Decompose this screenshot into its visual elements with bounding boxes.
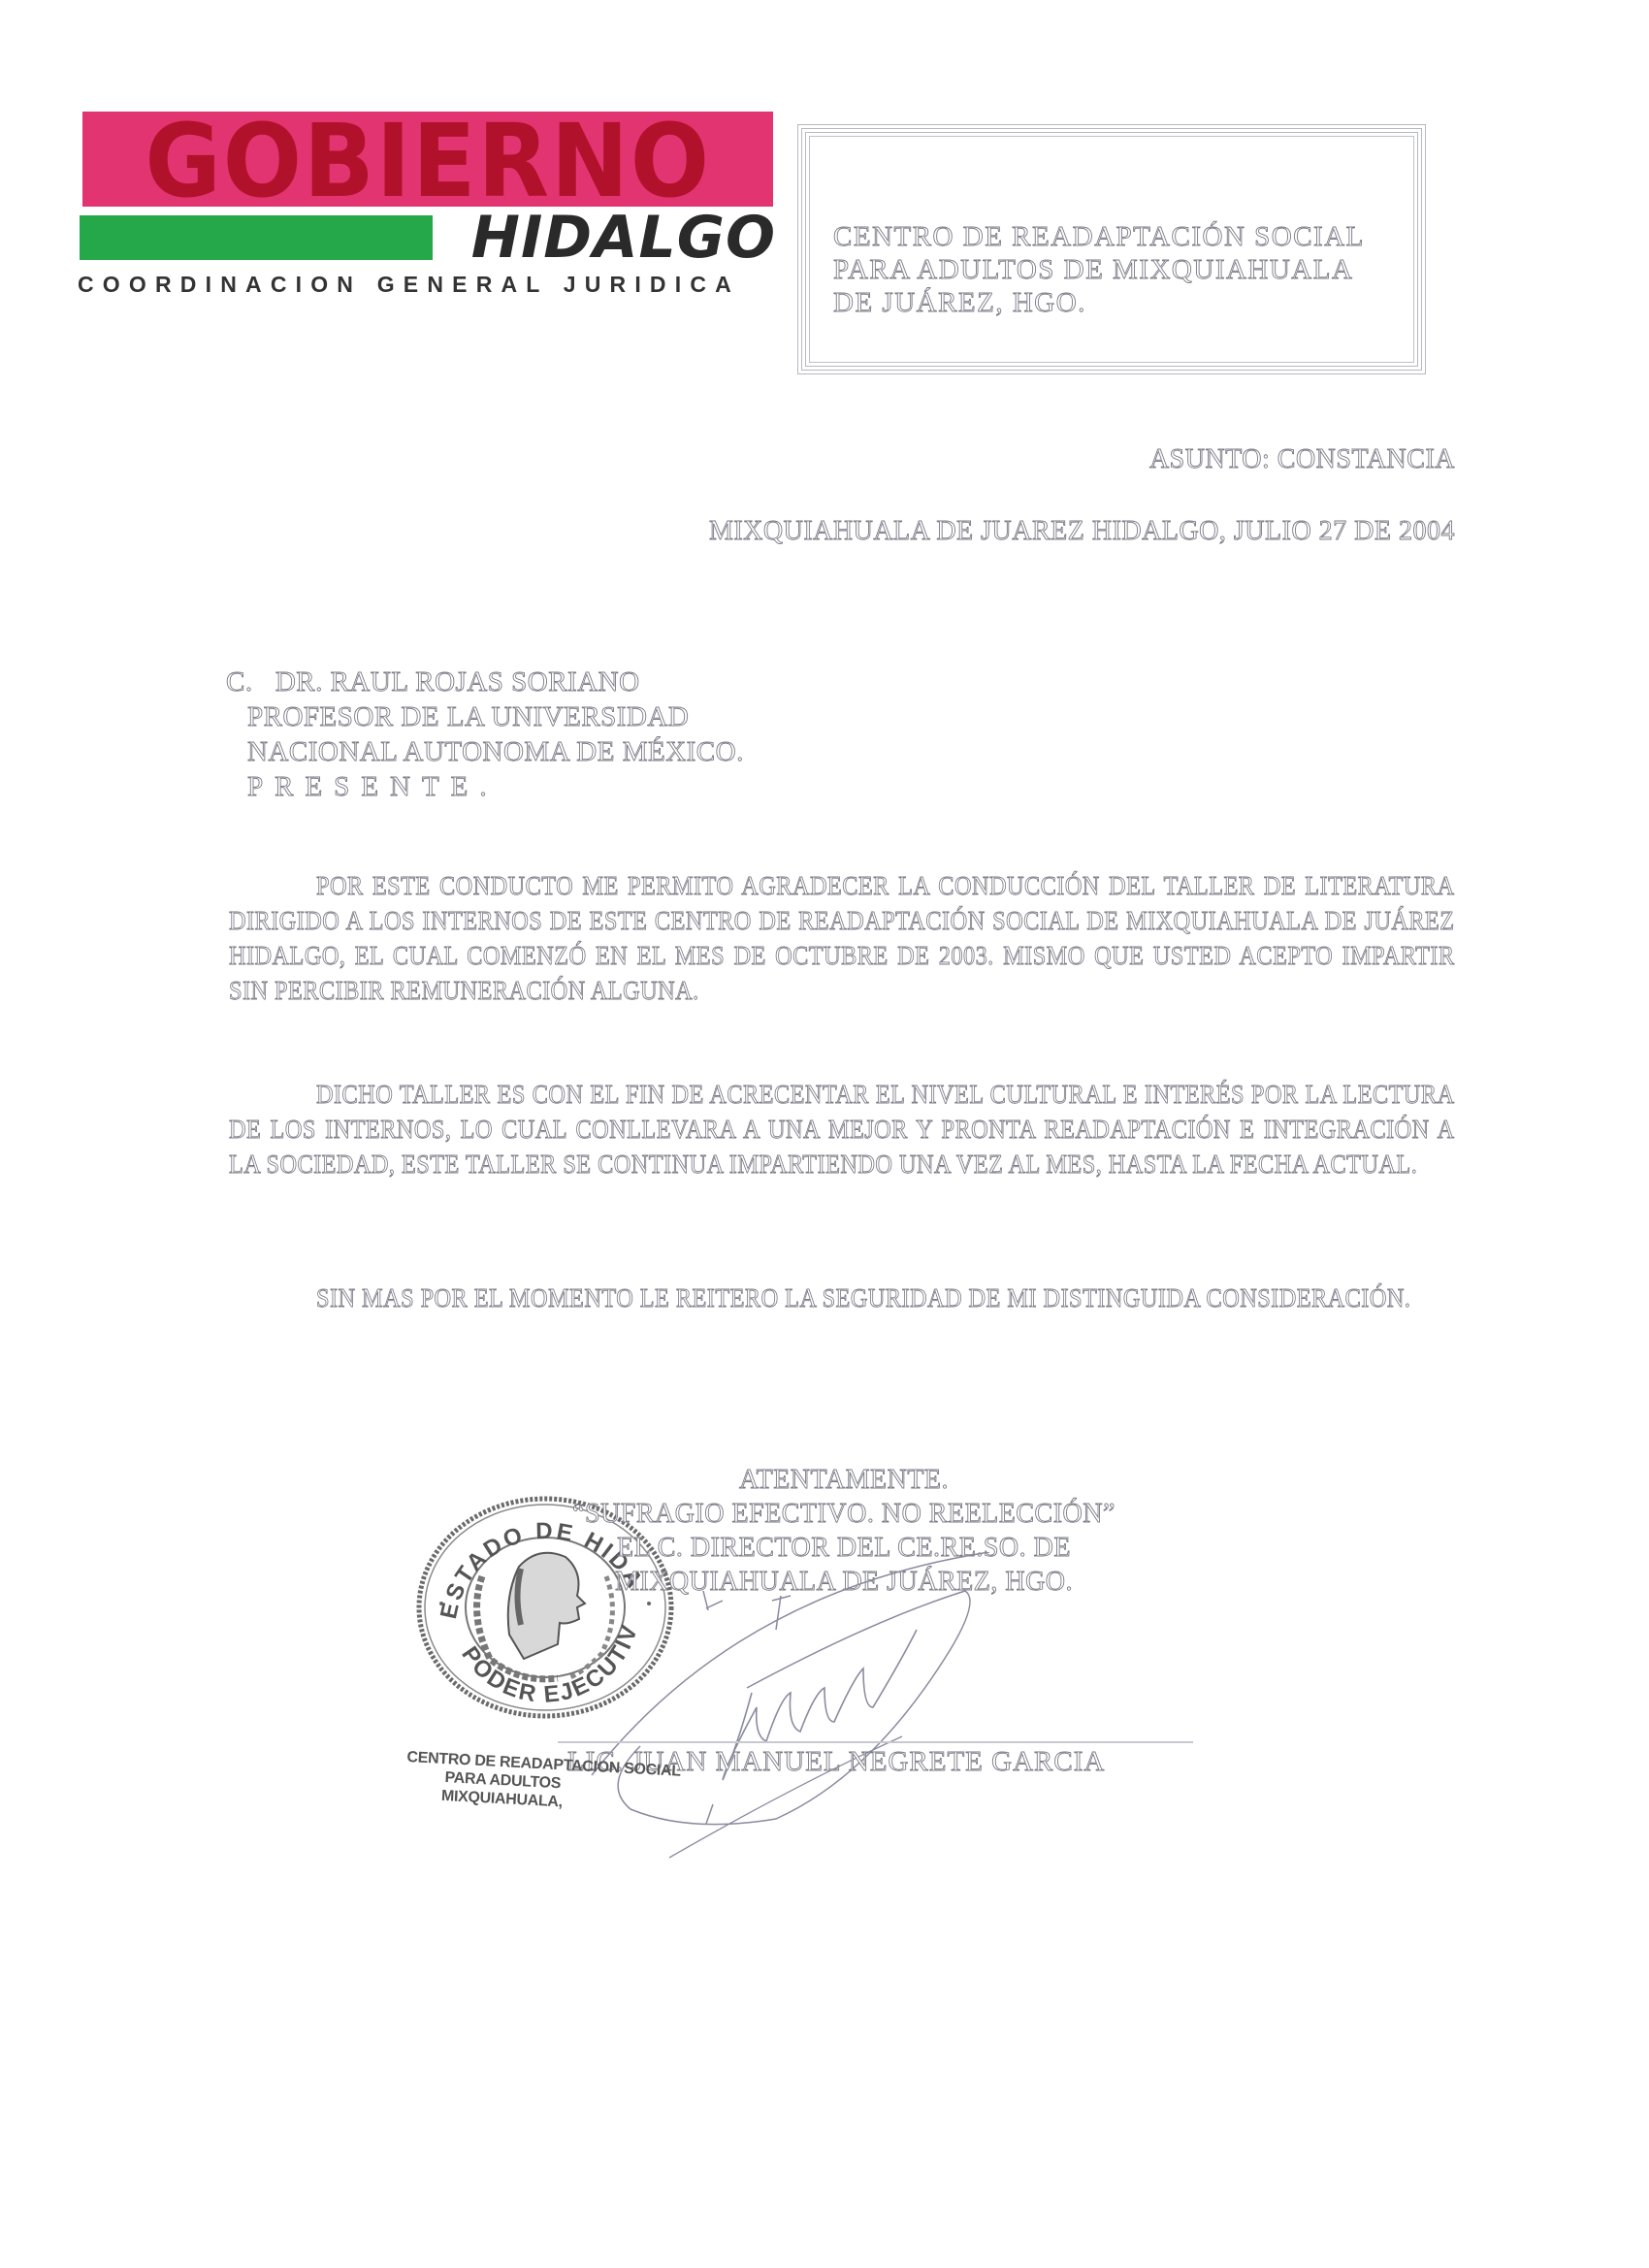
logo-red-band: GOBIERNO xyxy=(82,112,773,207)
government-logo: GOBIERNO HIDALGO COORDINACION GENERAL JU… xyxy=(78,109,778,303)
institution-line: DE JUÁREZ, HGO. xyxy=(833,286,1415,319)
addressee-presente: PRESENTE. xyxy=(226,769,744,804)
paragraph-text: DICHO TALLER ES CON EL FIN DE ACRECENTAR… xyxy=(229,1077,1455,1182)
paragraph-text: SIN MAS POR EL MOMENTO LE REITERO LA SEG… xyxy=(229,1280,1455,1315)
addressee-institution: NACIONAL AUTONOMA DE MÉXICO. xyxy=(226,734,744,769)
closing-salutation: ATENTAMENTE. xyxy=(514,1463,1174,1497)
institution-box: CENTRO DE READAPTACIÓN SOCIAL PARA ADULT… xyxy=(797,124,1426,374)
closing-location: MIXQUIAHUALA DE JUÁREZ, HGO. xyxy=(514,1565,1174,1599)
addressee-name: C. DR. RAUL ROJAS SORIANO xyxy=(226,664,744,699)
addressee-title: PROFESOR DE LA UNIVERSIDAD xyxy=(226,699,744,734)
body-paragraph-1: POR ESTE CONDUCTO ME PERMITO AGRADECER L… xyxy=(229,868,1455,1008)
place-date: MIXQUIAHUALA DE JUAREZ HIDALGO, JULIO 27… xyxy=(709,516,1455,547)
logo-green-band xyxy=(80,215,433,260)
institution-stamp: CENTRO DE READAPTACION SOCIAL PARA ADULT… xyxy=(404,1748,601,1813)
institution-name: CENTRO DE READAPTACIÓN SOCIAL PARA ADULT… xyxy=(833,220,1415,319)
closing-title: EL C. DIRECTOR DEL CE.RE.SO. DE xyxy=(514,1531,1174,1565)
logo-top-text: GOBIERNO xyxy=(145,111,711,211)
closing-motto: “SUFRAGIO EFECTIVO. NO REELECCIÓN” xyxy=(514,1497,1174,1531)
subject-line: ASUNTO: CONSTANCIA xyxy=(1149,444,1455,475)
signature-line xyxy=(558,1741,1193,1743)
body-paragraph-2: DICHO TALLER ES CON EL FIN DE ACRECENTAR… xyxy=(229,1077,1455,1182)
closing-block: ATENTAMENTE. “SUFRAGIO EFECTIVO. NO REEL… xyxy=(514,1463,1174,1599)
department-name: COORDINACION GENERAL JURIDICA xyxy=(78,270,778,299)
institution-line: CENTRO DE READAPTACIÓN SOCIAL xyxy=(833,220,1415,253)
body-paragraph-3: SIN MAS POR EL MOMENTO LE REITERO LA SEG… xyxy=(229,1280,1455,1315)
logo-bottom-text: HIDALGO xyxy=(435,210,776,266)
paragraph-text: POR ESTE CONDUCTO ME PERMITO AGRADECER L… xyxy=(229,868,1455,1008)
addressee-block: C. DR. RAUL ROJAS SORIANO PROFESOR DE LA… xyxy=(226,664,744,804)
institution-line: PARA ADULTOS DE MIXQUIAHUALA xyxy=(833,253,1415,286)
